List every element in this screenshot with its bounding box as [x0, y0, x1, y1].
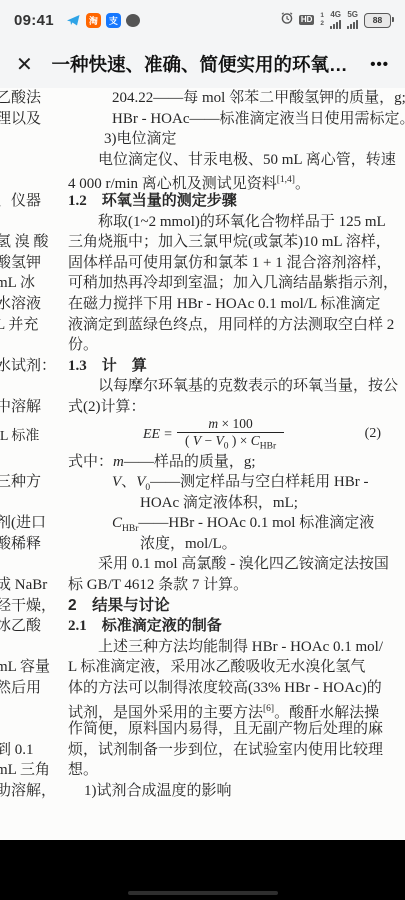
doc-line-text: 作简便，原料国内易得，且无副产物后处理的麻: [68, 719, 383, 740]
system-navigation-bar: [0, 840, 405, 900]
doc-line-text: 想。: [68, 760, 98, 781]
left-column-fragment: 氢 溴 酸: [0, 232, 49, 253]
doc-line-text: 上述三种方法均能制得 HBr - HOAc 0.1 mol/: [98, 637, 383, 658]
net-type-label: 5G: [347, 11, 358, 19]
doc-line: 式中：m——样品的质量，g;: [0, 452, 405, 473]
doc-line: 上述三种方法均能制得 HBr - HOAc 0.1 mol/: [0, 637, 405, 658]
left-column-fragment: 成 NaBr: [0, 575, 47, 596]
close-button[interactable]: ✕: [16, 52, 50, 77]
phone-screen: 09:41 淘 支 HD 1 2 4G 5G: [0, 0, 405, 900]
left-column-fragment: 中溶解: [0, 397, 41, 418]
text-segment: 试剂，是国外采用的主要方法: [68, 705, 263, 721]
status-bar: 09:41 淘 支 HD 1 2 4G 5G: [0, 0, 405, 40]
left-column-fragment: 助溶解，: [0, 781, 56, 802]
doc-line-text: HOAc 滴定液体积，mL;: [140, 493, 298, 514]
doc-line: 4 000 r/min 离心机及测试见资料[1,4]。: [0, 170, 405, 191]
doc-line: 成 NaBr标 GB/T 4612 条款 7 计算。: [0, 575, 405, 596]
doc-line: 酸稀释浓度，mol/L。: [0, 534, 405, 555]
doc-line-text: 在磁力搅拌下用 HBr - HOAc 0.1 mol/L 标准滴定: [68, 294, 380, 315]
equation-number: (2): [365, 426, 381, 442]
text-segment: C: [251, 433, 260, 448]
doc-line: 乙酸法204.22——每 mol 邻苯二甲酸氢钾的质量，g;: [0, 88, 405, 109]
formula-expression: EE=m × 100( V − V0 ) × CHBr: [143, 416, 284, 452]
left-column-fragment: 三种方: [0, 472, 41, 493]
doc-line: mL 冰可稍加热再冷却到室温；加入几滴结晶紫指示剂，: [0, 273, 405, 294]
clock-time: 09:41: [14, 12, 54, 29]
hd-badge: HD: [299, 15, 315, 25]
battery-percent: 88: [373, 16, 382, 25]
doc-line: HOAc 滴定液体积，mL;: [0, 493, 405, 514]
text-segment: (: [185, 433, 193, 448]
doc-line-text: 标 GB/T 4612 条款 7 计算。: [68, 575, 248, 596]
doc-line-text: 可稍加热再冷却到室温；加入几滴结晶紫指示剂，: [68, 273, 398, 294]
formula-denominator: ( V − V0 ) × CHBr: [177, 432, 284, 453]
doc-line: mL 三角想。: [0, 760, 405, 781]
left-column-fragment: 、仪器: [0, 191, 41, 212]
doc-line-text: 采用 0.1 mol 高氯酸 - 溴化四乙铵滴定法按国: [98, 554, 389, 575]
doc-line: 水试剂：1.3 计 算: [0, 356, 405, 377]
left-column-fragment: mL 冰: [0, 273, 35, 294]
left-column-fragment: 然后用: [0, 678, 41, 699]
text-segment: V: [112, 474, 121, 490]
doc-line-text: HBr - HOAc——标准滴定液当日使用需标定。: [112, 109, 405, 130]
sim1-label: 1: [320, 13, 324, 20]
text-segment: −: [201, 433, 215, 448]
doc-line: 试剂，是国外采用的主要方法[6]。酸酐水解法操: [0, 699, 405, 720]
doc-line: 冰乙酸2.1 标准滴定液的制备: [0, 616, 405, 637]
signal-4g-icon: 4G: [330, 11, 341, 29]
left-column-fragment: L 并充: [0, 315, 38, 336]
doc-line: 理以及HBr - HOAc——标准滴定液当日使用需标定。: [0, 109, 405, 130]
text-segment: [6]: [263, 704, 274, 714]
text-segment: ——HBr - HOAc 0.1 mol 标准滴定液: [138, 515, 374, 531]
doc-line-text: 烦，试剂制备一步到位，在试验室内使用比较理: [68, 740, 383, 761]
text-segment: ——样品的质量，g;: [124, 454, 256, 470]
more-menu-button[interactable]: •••: [349, 56, 389, 73]
text-segment: ——测定样品与空白样耗用 HBr -: [150, 474, 368, 490]
left-column-fragment: 水溶液: [0, 294, 41, 315]
doc-line: 、仪器1.2 环氧当量的测定步骤: [0, 191, 405, 212]
left-column-fragment: 经干燥，: [0, 596, 56, 617]
text-segment: × 100: [218, 416, 253, 431]
doc-line-text: 式(2)计算：: [68, 397, 146, 418]
doc-line: 中溶解式(2)计算：: [0, 397, 405, 418]
doc-line: 氢 溴 酸三角烧瓶中；加入三氯甲烷(或氯苯)10 mL 溶样，: [0, 232, 405, 253]
doc-line-text: L 标准滴定液，采用冰乙酸吸收无水溴化氢气: [68, 657, 365, 678]
left-column-fragment: /L 标准: [0, 425, 39, 445]
doc-line: 到 0.1烦，试剂制备一步到位，在试验室内使用比较理: [0, 740, 405, 761]
text-segment: m: [113, 454, 124, 470]
text-segment: HBr: [260, 442, 276, 452]
document-page[interactable]: 乙酸法204.22——每 mol 邻苯二甲酸氢钾的质量，g;理以及HBr - H…: [0, 88, 405, 840]
doc-line-text: 固体样品可使用氯仿和氯苯 1 + 1 混合溶剂溶样，: [68, 253, 391, 274]
doc-line: 水溶液在磁力搅拌下用 HBr - HOAc 0.1 mol/L 标准滴定: [0, 294, 405, 315]
doc-line: 助溶解，1)试剂合成温度的影响: [0, 781, 405, 802]
text-segment: [1,4]: [277, 175, 295, 185]
left-column-fragment: mL 容量: [0, 657, 50, 678]
text-segment: HBr: [122, 524, 138, 534]
text-segment: 。: [295, 176, 310, 192]
doc-line-text: 2 结果与讨论: [68, 596, 170, 617]
taobao-icon: 淘: [86, 13, 101, 28]
doc-line-text: 1.2 环氧当量的测定步骤: [68, 191, 237, 212]
doc-line: 采用 0.1 mol 高氯酸 - 溴化四乙铵滴定法按国: [0, 554, 405, 575]
alipay-icon: 支: [106, 13, 121, 28]
left-column-fragment: mL 三角: [0, 760, 50, 781]
doc-line: 剂(进口CHBr——HBr - HOAc 0.1 mol 标准滴定液: [0, 513, 405, 534]
doc-line: 份。: [0, 335, 405, 356]
doc-line-text: 电位滴定仪、甘汞电极、50 mL 离心管，转速: [98, 150, 396, 171]
doc-line-text: 份。: [68, 335, 98, 356]
status-indicators: HD 1 2 4G 5G 88: [281, 11, 391, 29]
notification-icons: 淘 支: [66, 13, 140, 28]
doc-line: 称取(1~2 mmol)的环氧化合物样品于 125 mL: [0, 212, 405, 233]
alarm-icon: [281, 11, 293, 29]
battery-indicator: 88: [364, 13, 391, 28]
doc-line: 以每摩尔环氧基的克数表示的环氧当量，按公: [0, 376, 405, 397]
text-segment: ) ×: [229, 433, 251, 448]
text-segment: 。酸酐水解法操: [274, 705, 379, 721]
text-segment: m: [208, 416, 218, 431]
doc-line-text: 三角烧瓶中；加入三氯甲烷(或氯苯)10 mL 溶样，: [68, 232, 391, 253]
left-column-fragment: 冰乙酸: [0, 616, 41, 637]
net-type-label: 4G: [330, 11, 341, 19]
doc-line: mL 容量L 标准滴定液，采用冰乙酸吸收无水溴化氢气: [0, 657, 405, 678]
text-segment: C: [112, 515, 122, 531]
text-segment: V: [216, 433, 224, 448]
equals-sign: =: [164, 427, 172, 443]
doc-line-text: 式中：m——样品的质量，g;: [68, 452, 256, 473]
doc-line-text: 称取(1~2 mmol)的环氧化合物样品于 125 mL: [98, 212, 386, 233]
formula-lhs: EE: [143, 427, 160, 443]
doc-line-text: 1)试剂合成温度的影响: [84, 781, 232, 802]
doc-line-text: 浓度，mol/L。: [140, 534, 237, 555]
formula-numerator: m × 100: [200, 416, 260, 432]
doc-line: 作简便，原料国内易得，且无副产物后处理的麻: [0, 719, 405, 740]
doc-line-text: 液滴定到蓝绿色终点，用同样的方法测取空白样 2: [68, 315, 394, 336]
doc-line: 3)电位滴定: [0, 129, 405, 150]
home-indicator[interactable]: [128, 891, 278, 895]
signal-5g-icon: 5G: [347, 11, 358, 29]
formula-fraction: m × 100( V − V0 ) × CHBr: [177, 416, 284, 452]
doc-line: 然后用体的方法可以制得浓度较高(33% HBr - HOAc)的: [0, 678, 405, 699]
left-column-fragment: 理以及: [0, 109, 41, 130]
doc-line-text: 1.3 计 算: [68, 356, 147, 377]
text-segment: 式中：: [68, 454, 113, 470]
page-title: 一种快速、准确、简便实用的环氧…: [50, 51, 349, 77]
doc-line-text: 3)电位滴定: [104, 129, 177, 150]
chat-dot-icon: [126, 14, 140, 27]
doc-line-text: 204.22——每 mol 邻苯二甲酸氢钾的质量，g;: [112, 88, 405, 109]
text-segment: 、: [121, 474, 136, 490]
text-segment: V: [136, 474, 145, 490]
doc-line-text: 体的方法可以制得浓度较高(33% HBr - HOAc)的: [68, 678, 382, 699]
doc-line-text: 以每摩尔环氧基的克数表示的环氧当量，按公: [98, 376, 398, 397]
doc-line: L 并充液滴定到蓝绿色终点，用同样的方法测取空白样 2: [0, 315, 405, 336]
left-column-fragment: 乙酸法: [0, 88, 41, 109]
title-bar: ✕ 一种快速、准确、简便实用的环氧… •••: [0, 40, 405, 88]
left-column-fragment: 剂(进口: [0, 513, 46, 534]
left-column-fragment: 水试剂：: [0, 356, 56, 377]
doc-line: 电位滴定仪、甘汞电极、50 mL 离心管，转速: [0, 150, 405, 171]
doc-line: 酸氢钾固体样品可使用氯仿和氯苯 1 + 1 混合溶剂溶样，: [0, 253, 405, 274]
text-segment: V: [193, 433, 201, 448]
telegram-icon: [66, 13, 81, 28]
left-column-fragment: 酸氢钾: [0, 253, 41, 274]
doc-line: 经干燥，2 结果与讨论: [0, 596, 405, 617]
left-column-fragment: 到 0.1: [0, 740, 34, 761]
sim2-label: 2: [320, 21, 324, 28]
sim-indicator: 1 2: [320, 13, 324, 27]
formula: /L 标准EE=m × 100( V − V0 ) × CHBr(2): [0, 418, 405, 452]
text-segment: 4 000 r/min 离心机及测试见资料: [68, 176, 277, 192]
doc-line-text: 2.1 标准滴定液的制备: [68, 616, 222, 637]
left-column-fragment: 酸稀释: [0, 534, 41, 555]
doc-line: 三种方V、V0——测定样品与空白样耗用 HBr -: [0, 472, 405, 493]
